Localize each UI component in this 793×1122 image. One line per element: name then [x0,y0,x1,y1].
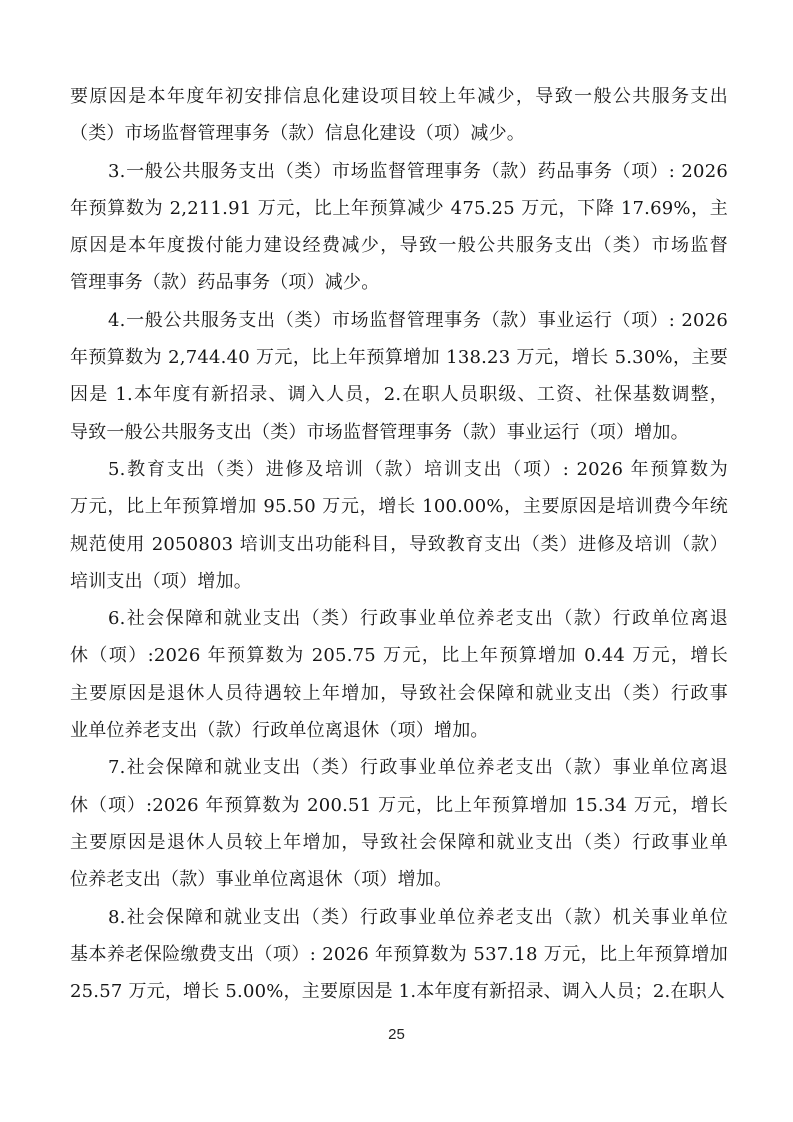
text-line: 主要原因是退休人员较上年增加，导致社会保障和就业支出（类）行政事业单 [70,824,728,861]
text-line: 6.社会保障和就业支出（类）行政事业单位养老支出（款）行政单位离退 [70,600,728,637]
paragraph-item-3: 3.一般公共服务支出（类）市场监督管理事务（款）药品事务（项）: 2026年预算… [70,153,728,302]
text-line: 8.社会保障和就业支出（类）行政事业单位养老支出（款）机关事业单位 [70,899,728,936]
text-line: 要原因是本年度年初安排信息化建设项目较上年减少，导致一般公共服务支出 [70,78,728,115]
text-line: 5.教育支出（类）进修及培训（款）培训支出（项）: 2026 年预算数为 95.… [70,451,728,488]
text-line: 7.社会保障和就业支出（类）行政事业单位养老支出（款）事业单位离退 [70,749,728,786]
text-line: 万元，比上年预算增加 95.50 万元，增长 100.00%，主要原因是培训费今… [70,488,728,525]
text-line: 主要原因是退休人员待遇较上年增加，导致社会保障和就业支出（类）行政事 [70,675,728,712]
text-line: 培训支出（项）增加。 [70,563,728,600]
paragraph-item-5: 5.教育支出（类）进修及培训（款）培训支出（项）: 2026 年预算数为 95.… [70,451,728,600]
text-line: 导致一般公共服务支出（类）市场监督管理事务（款）事业运行（项）增加。 [70,414,728,451]
text-line: 规范使用 2050803 培训支出功能科目，导致教育支出（类）进修及培训（款） [70,526,728,563]
text-line: 3.一般公共服务支出（类）市场监督管理事务（款）药品事务（项）: 2026 [70,153,728,190]
text-line: 休（项）:2026 年预算数为 200.51 万元，比上年预算增加 15.34 … [70,787,728,824]
text-line: 位养老支出（款）事业单位离退休（项）增加。 [70,861,728,898]
document-page: 要原因是本年度年初安排信息化建设项目较上年减少，导致一般公共服务支出（类）市场监… [0,0,793,1122]
text-line: 休（项）:2026 年预算数为 205.75 万元，比上年预算增加 0.44 万… [70,637,728,674]
paragraph-item-7: 7.社会保障和就业支出（类）行政事业单位养老支出（款）事业单位离退休（项）:20… [70,749,728,898]
page-footer: 25 [0,1024,793,1043]
text-line: 年预算数为 2,744.40 万元，比上年预算增加 138.23 万元，增长 5… [70,339,728,376]
text-line: 业单位养老支出（款）行政单位离退休（项）增加。 [70,712,728,749]
text-line: 管理事务（款）药品事务（项）减少。 [70,264,728,301]
text-line: 基本养老保险缴费支出（项）: 2026 年预算数为 537.18 万元，比上年预… [70,936,728,973]
text-line: 年预算数为 2,211.91 万元，比上年预算减少 475.25 万元，下降 1… [70,190,728,227]
text-line: 原因是本年度拨付能力建设经费减少，导致一般公共服务支出（类）市场监督 [70,227,728,264]
paragraph-item-6: 6.社会保障和就业支出（类）行政事业单位养老支出（款）行政单位离退休（项）:20… [70,600,728,749]
text-line: （类）市场监督管理事务（款）信息化建设（项）减少。 [70,115,728,152]
paragraph-continuation-item-2: 要原因是本年度年初安排信息化建设项目较上年减少，导致一般公共服务支出（类）市场监… [70,78,728,153]
text-line: 因是 1.本年度有新招录、调入人员，2.在职人员职级、工资、社保基数调整， [70,376,728,413]
paragraph-item-4: 4.一般公共服务支出（类）市场监督管理事务（款）事业运行（项）: 2026年预算… [70,302,728,451]
page-number: 25 [388,1026,405,1043]
document-body: 要原因是本年度年初安排信息化建设项目较上年减少，导致一般公共服务支出（类）市场监… [70,78,728,1010]
text-line: 4.一般公共服务支出（类）市场监督管理事务（款）事业运行（项）: 2026 [70,302,728,339]
paragraph-item-8: 8.社会保障和就业支出（类）行政事业单位养老支出（款）机关事业单位基本养老保险缴… [70,899,728,1011]
text-line: 25.57 万元，增长 5.00%，主要原因是 1.本年度有新招录、调入人员；2… [70,973,728,1010]
